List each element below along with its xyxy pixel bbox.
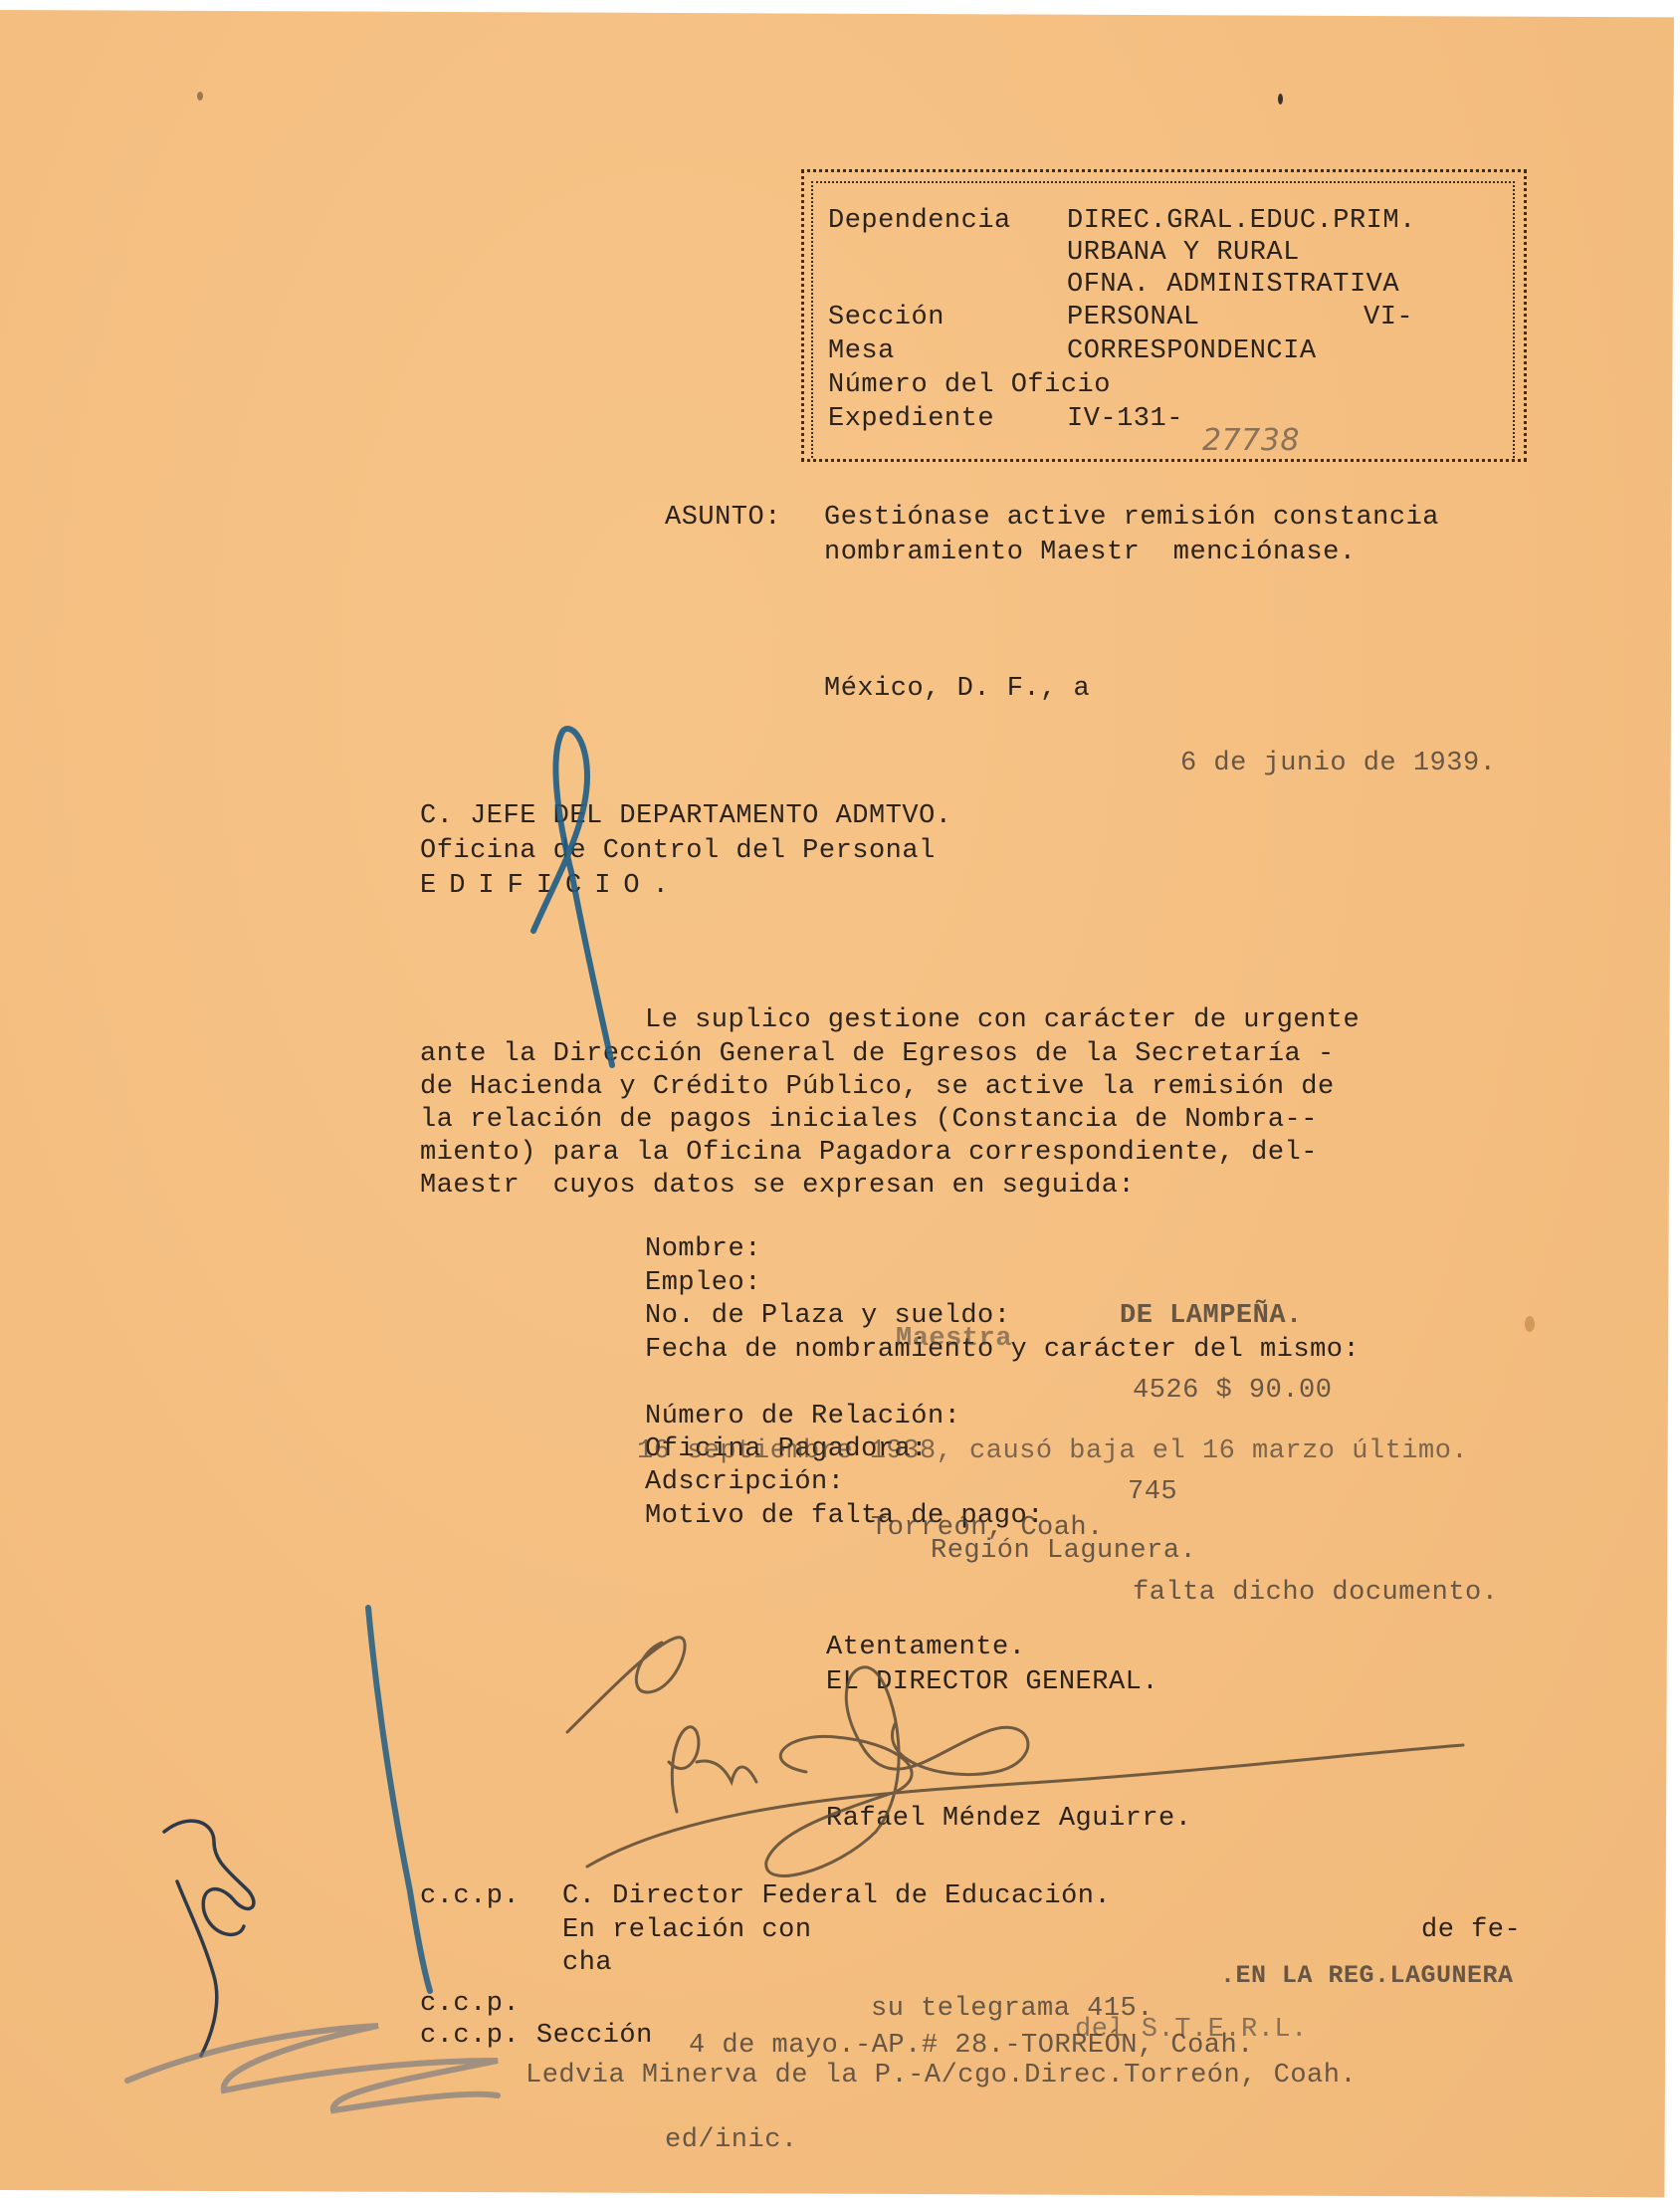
handwritten-file-number: 27738	[1202, 426, 1300, 456]
ccp-3-line-2: Ledvia Minerva de la P.-A/cgo.Direc.Torr…	[525, 2061, 1357, 2090]
body-line: Maestr cuyos datos se expresan en seguid…	[420, 1171, 1135, 1201]
field-value-empleo: Maestra	[896, 1324, 1012, 1354]
ccp-1-overlay-region: .EN LA REG.LAGUNERA	[1220, 1961, 1514, 1991]
dependencia-value-1: DIREC.GRAL.EDUC.PRIM.	[1067, 206, 1416, 236]
field-label-adscripcion: Adscripción:	[645, 1467, 844, 1497]
field-value-motivo: falta dicho documento.	[1133, 1578, 1498, 1608]
ccp-1-line-3: cha	[562, 1948, 612, 1978]
field-value-adscripcion: Región Lagunera.	[931, 1536, 1196, 1566]
body-line: Le suplico gestione con carácter de urge…	[645, 1005, 1360, 1035]
field-label-nombre: Nombre:	[645, 1234, 761, 1264]
mesa-value: CORRESPONDENCIA	[1067, 336, 1317, 366]
ccp-1-line-2-end: de fe-	[1421, 1915, 1521, 1945]
signer-name: Rafael Méndez Aguirre.	[826, 1804, 1191, 1834]
body-line: de Hacienda y Crédito Público, se active…	[420, 1072, 1335, 1102]
field-label-empleo: Empleo:	[645, 1268, 761, 1298]
closing-salutation: Atentamente.	[826, 1633, 1025, 1662]
recipient-line-3: EDIFICIO.	[420, 871, 682, 901]
letter-date: 6 de junio de 1939.	[1180, 749, 1496, 778]
field-label-relacion: Número de Relación:	[645, 1402, 960, 1431]
field-value-nombre: DE LAMPEÑA.	[1120, 1301, 1303, 1331]
ccp-marker: c.c.p.	[420, 1881, 520, 1911]
ccp-3-overlay-date: 4 de mayo.-AP.# 28.-TORREÓN, Coah.	[689, 2031, 1254, 2061]
ccp-1-line-2: En relación con	[562, 1915, 812, 1945]
dependencia-label: Dependencia	[828, 206, 1011, 236]
asunto-line-1: Gestiónase active remisión constancia	[824, 503, 1439, 533]
ccp-3-section: c.c.p. Sección	[420, 2021, 653, 2051]
closing-title: EL DIRECTOR GENERAL.	[826, 1667, 1158, 1697]
asunto-label: ASUNTO:	[665, 503, 781, 533]
mesa-label: Mesa	[828, 336, 895, 366]
typist-initials: ed/inic.	[665, 2125, 798, 2155]
body-line: miento) para la Oficina Pagadora corresp…	[420, 1138, 1318, 1168]
seccion-label: Sección	[828, 303, 945, 332]
asunto-line-2: nombramiento Maestr menciónase.	[824, 538, 1356, 567]
numero-oficio-label: Número del Oficio	[828, 370, 1111, 400]
expediente-value: IV-131-	[1067, 404, 1183, 434]
expediente-label: Expediente	[828, 404, 994, 434]
body-line: ante la Dirección General de Egresos de …	[420, 1039, 1335, 1069]
recipient-line-2: Oficina de Control del Personal	[420, 836, 936, 866]
seccion-value: PERSONAL	[1067, 303, 1200, 332]
field-value-plaza: 4526 $ 90.00	[1133, 1376, 1332, 1406]
dependencia-value-2: URBANA Y RURAL	[1067, 238, 1300, 268]
recipient-line-1: C. JEFE DEL DEPARTAMENTO ADMTVO.	[420, 801, 951, 831]
ccp-1-recipient: C. Director Federal de Educación.	[562, 1881, 1111, 1911]
paper-speck	[1278, 94, 1283, 105]
body-line: la relación de pagos iniciales (Constanc…	[420, 1105, 1318, 1135]
ccp-2-marker: c.c.p.	[420, 1989, 520, 2019]
field-value-relacion: 745	[1128, 1477, 1177, 1507]
dependencia-value-3: OFNA. ADMINISTRATIVA	[1067, 270, 1399, 300]
place-line: México, D. F., a	[824, 674, 1090, 704]
seccion-suffix: VI-	[1364, 303, 1413, 332]
paper-stain	[1525, 1316, 1535, 1332]
paper-speck	[197, 92, 203, 101]
field-value-fecha: 16 septiembre 1938, causó baja el 16 mar…	[637, 1436, 1468, 1466]
